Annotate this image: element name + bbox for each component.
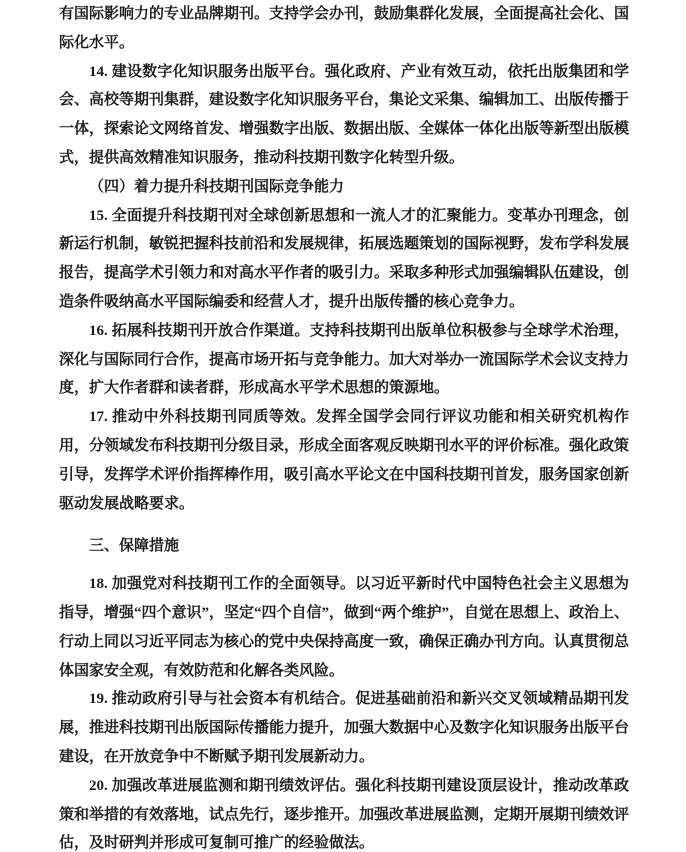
paragraph-16: 16. 拓展科技期刊开放合作渠道。支持科技期刊出版单位积极参与全球学术治理，深化… [59, 317, 629, 403]
paragraph-17: 17. 推动中外科技期刊同质等效。发挥全国学会同行评议功能和相关研究机构作用，分… [59, 403, 629, 518]
paragraph-continuation: 有国际影响力的专业品牌期刊。支持学会办刊，鼓励集群化发展，全面提高社会化、国际化… [59, 0, 629, 58]
chapter-heading-safeguards: 三、保障措施 [59, 532, 629, 561]
paragraph-20: 20. 加强改革进展监测和期刊绩效评估。强化科技期刊建设顶层设计，推动改革政策和… [59, 772, 629, 852]
paragraph-18: 18. 加强党对科技期刊工作的全面领导。以习近平新时代中国特色社会主义思想为指导… [59, 570, 629, 685]
paragraph-15: 15. 全面提升科技期刊对全球创新思想和一流人才的汇聚能力。变革办刊理念，创新运… [59, 202, 629, 317]
paragraph-19: 19. 推动政府引导与社会资本有机结合。促进基础前沿和新兴交叉领域精品期刊发展，… [59, 685, 629, 771]
paragraph-14: 14. 建设数字化知识服务出版平台。强化政府、产业有效互动，依托出版集团和学会、… [59, 58, 629, 173]
document-page: 有国际影响力的专业品牌期刊。支持学会办刊，鼓励集群化发展，全面提高社会化、国际化… [0, 0, 686, 852]
section-heading-4: （四）着力提升科技期刊国际竞争能力 [59, 173, 629, 202]
